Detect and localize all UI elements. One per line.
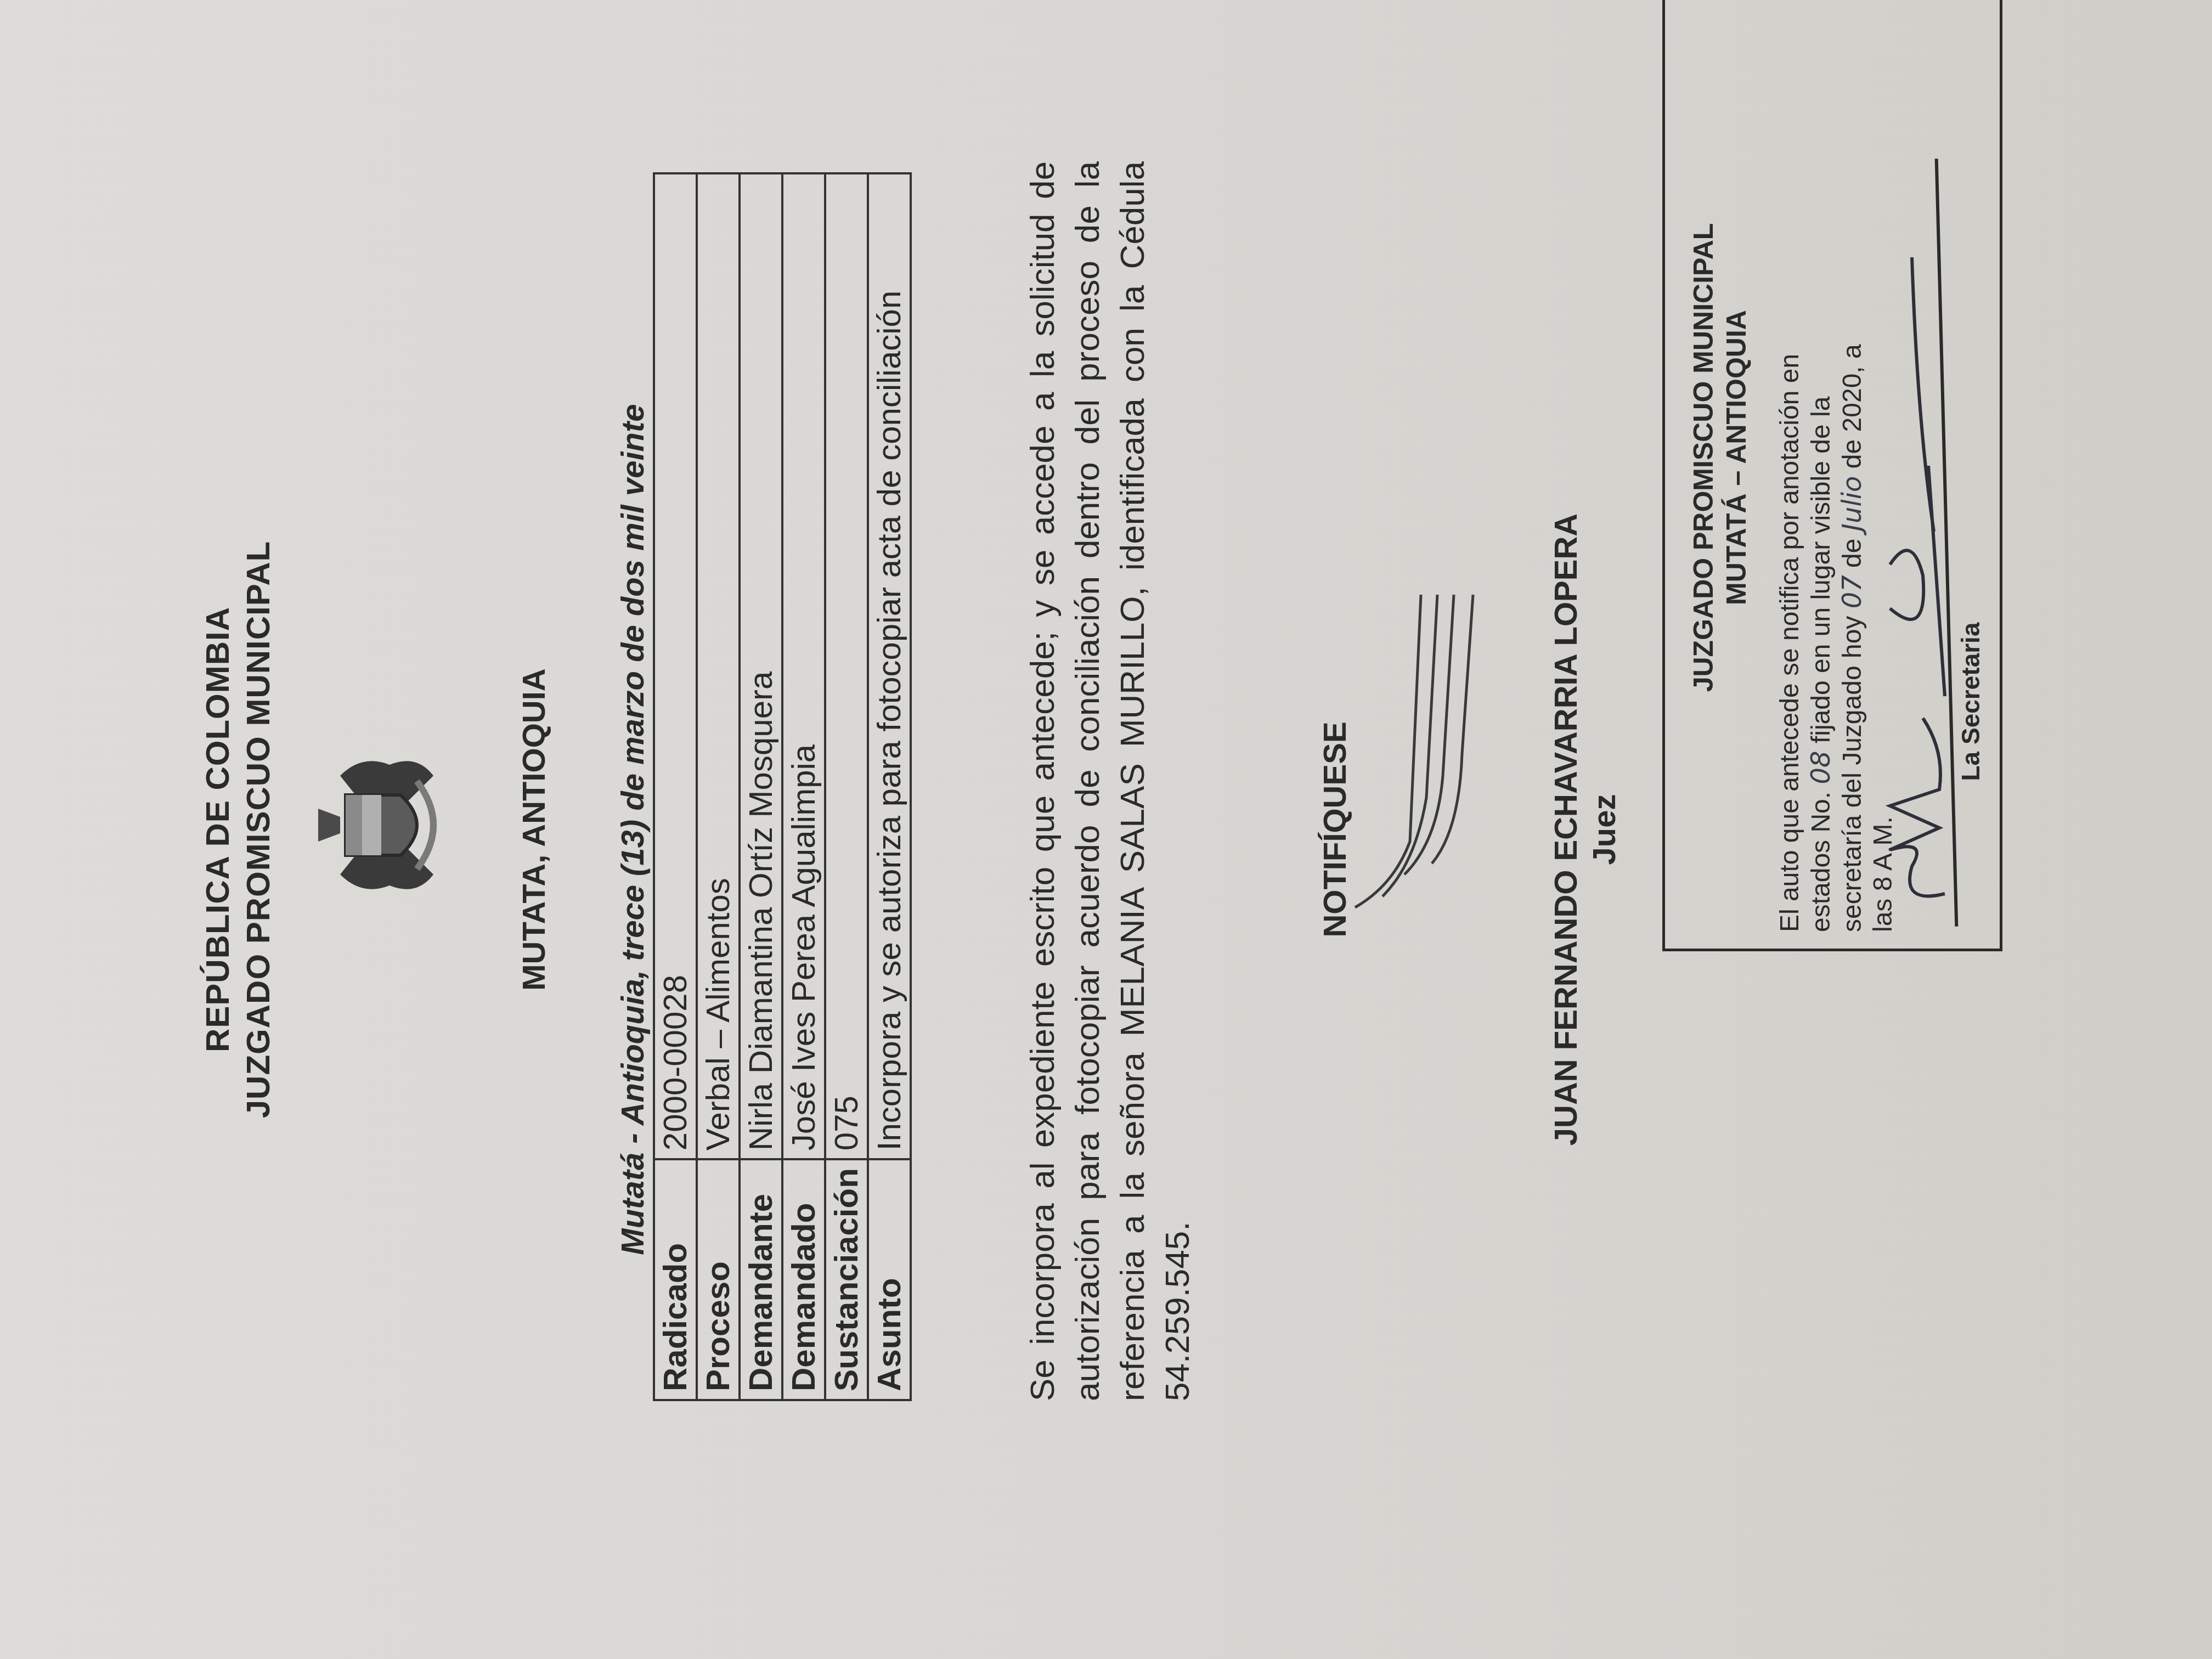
case-details-table: Radicado2000-00028ProcesoVerbal – Alimen… bbox=[653, 172, 912, 1401]
case-field-value: Incorpora y se autoriza para fotocopiar … bbox=[868, 173, 911, 1159]
case-field-label: Demandante bbox=[740, 1159, 782, 1400]
table-row: Radicado2000-00028 bbox=[654, 173, 697, 1400]
case-field-value: 2000-00028 bbox=[654, 173, 697, 1159]
judge-name: JUAN FERNANDO ECHAVARRIA LOPERA bbox=[1547, 0, 1585, 1659]
estado-number: 08 bbox=[1805, 751, 1836, 784]
case-field-value: José Ives Perea Agualimpia bbox=[782, 173, 825, 1159]
city-heading: MUTATA, ANTIOQUIA bbox=[516, 0, 552, 1659]
case-field-label: Proceso bbox=[697, 1159, 740, 1400]
table-row: Sustanciación075 bbox=[825, 173, 868, 1400]
judge-title: Juez bbox=[1585, 0, 1624, 1659]
table-row: DemandadoJosé Ives Perea Agualimpia bbox=[782, 173, 825, 1400]
court-order-page: REPÚBLICA DE COLOMBIA JUZGADO PROMISCUO … bbox=[0, 0, 2212, 1659]
notification-stamp: JUZGADO PROMISCUO MUNICIPAL MUTATÁ – ANT… bbox=[1662, 0, 2002, 951]
case-field-value: Verbal – Alimentos bbox=[697, 173, 740, 1159]
secretary-signature bbox=[1879, 213, 1961, 916]
judge-signature-block: JUAN FERNANDO ECHAVARRIA LOPERA Juez bbox=[1547, 0, 1624, 1659]
date-line: Mutatá - Antioquia, trece (13) de marzo … bbox=[614, 0, 651, 1659]
case-field-label: Demandado bbox=[782, 1159, 825, 1400]
header-country: REPÚBLICA DE COLOMBIA bbox=[198, 0, 238, 1659]
notifiquese-heading: NOTIFÍQUESE bbox=[1317, 0, 1353, 1659]
document-header: REPÚBLICA DE COLOMBIA JUZGADO PROMISCUO … bbox=[198, 0, 279, 1659]
stamp-location: MUTATÁ – ANTIOQUIA bbox=[1720, 0, 1753, 949]
stamp-title: JUZGADO PROMISCUO MUNICIPAL MUTATÁ – ANT… bbox=[1687, 0, 1753, 949]
header-court: JUZGADO PROMISCUO MUNICIPAL bbox=[238, 0, 279, 1659]
secretary-label: La Secretaria bbox=[1956, 455, 1985, 949]
order-body-text: Se incorpora al expediente escrito que a… bbox=[1020, 161, 1200, 1401]
case-field-value: Nirla Diamantina Ortíz Mosquera bbox=[740, 173, 782, 1159]
case-field-label: Radicado bbox=[654, 1159, 697, 1400]
table-row: ProcesoVerbal – Alimentos bbox=[697, 173, 740, 1400]
table-row: DemandanteNirla Diamantina Ortíz Mosquer… bbox=[740, 173, 782, 1400]
colombia-coat-of-arms-icon bbox=[307, 743, 461, 907]
case-field-label: Asunto bbox=[868, 1159, 911, 1400]
case-field-label: Sustanciación bbox=[825, 1159, 868, 1400]
table-row: AsuntoIncorpora y se autoriza para fotoc… bbox=[868, 173, 911, 1400]
notification-day: 07 bbox=[1837, 575, 1867, 608]
notification-month: Julio bbox=[1837, 476, 1867, 532]
case-field-value: 075 bbox=[825, 173, 868, 1159]
judge-signature bbox=[1350, 589, 1481, 973]
stamp-court: JUZGADO PROMISCUO MUNICIPAL bbox=[1687, 0, 1720, 949]
